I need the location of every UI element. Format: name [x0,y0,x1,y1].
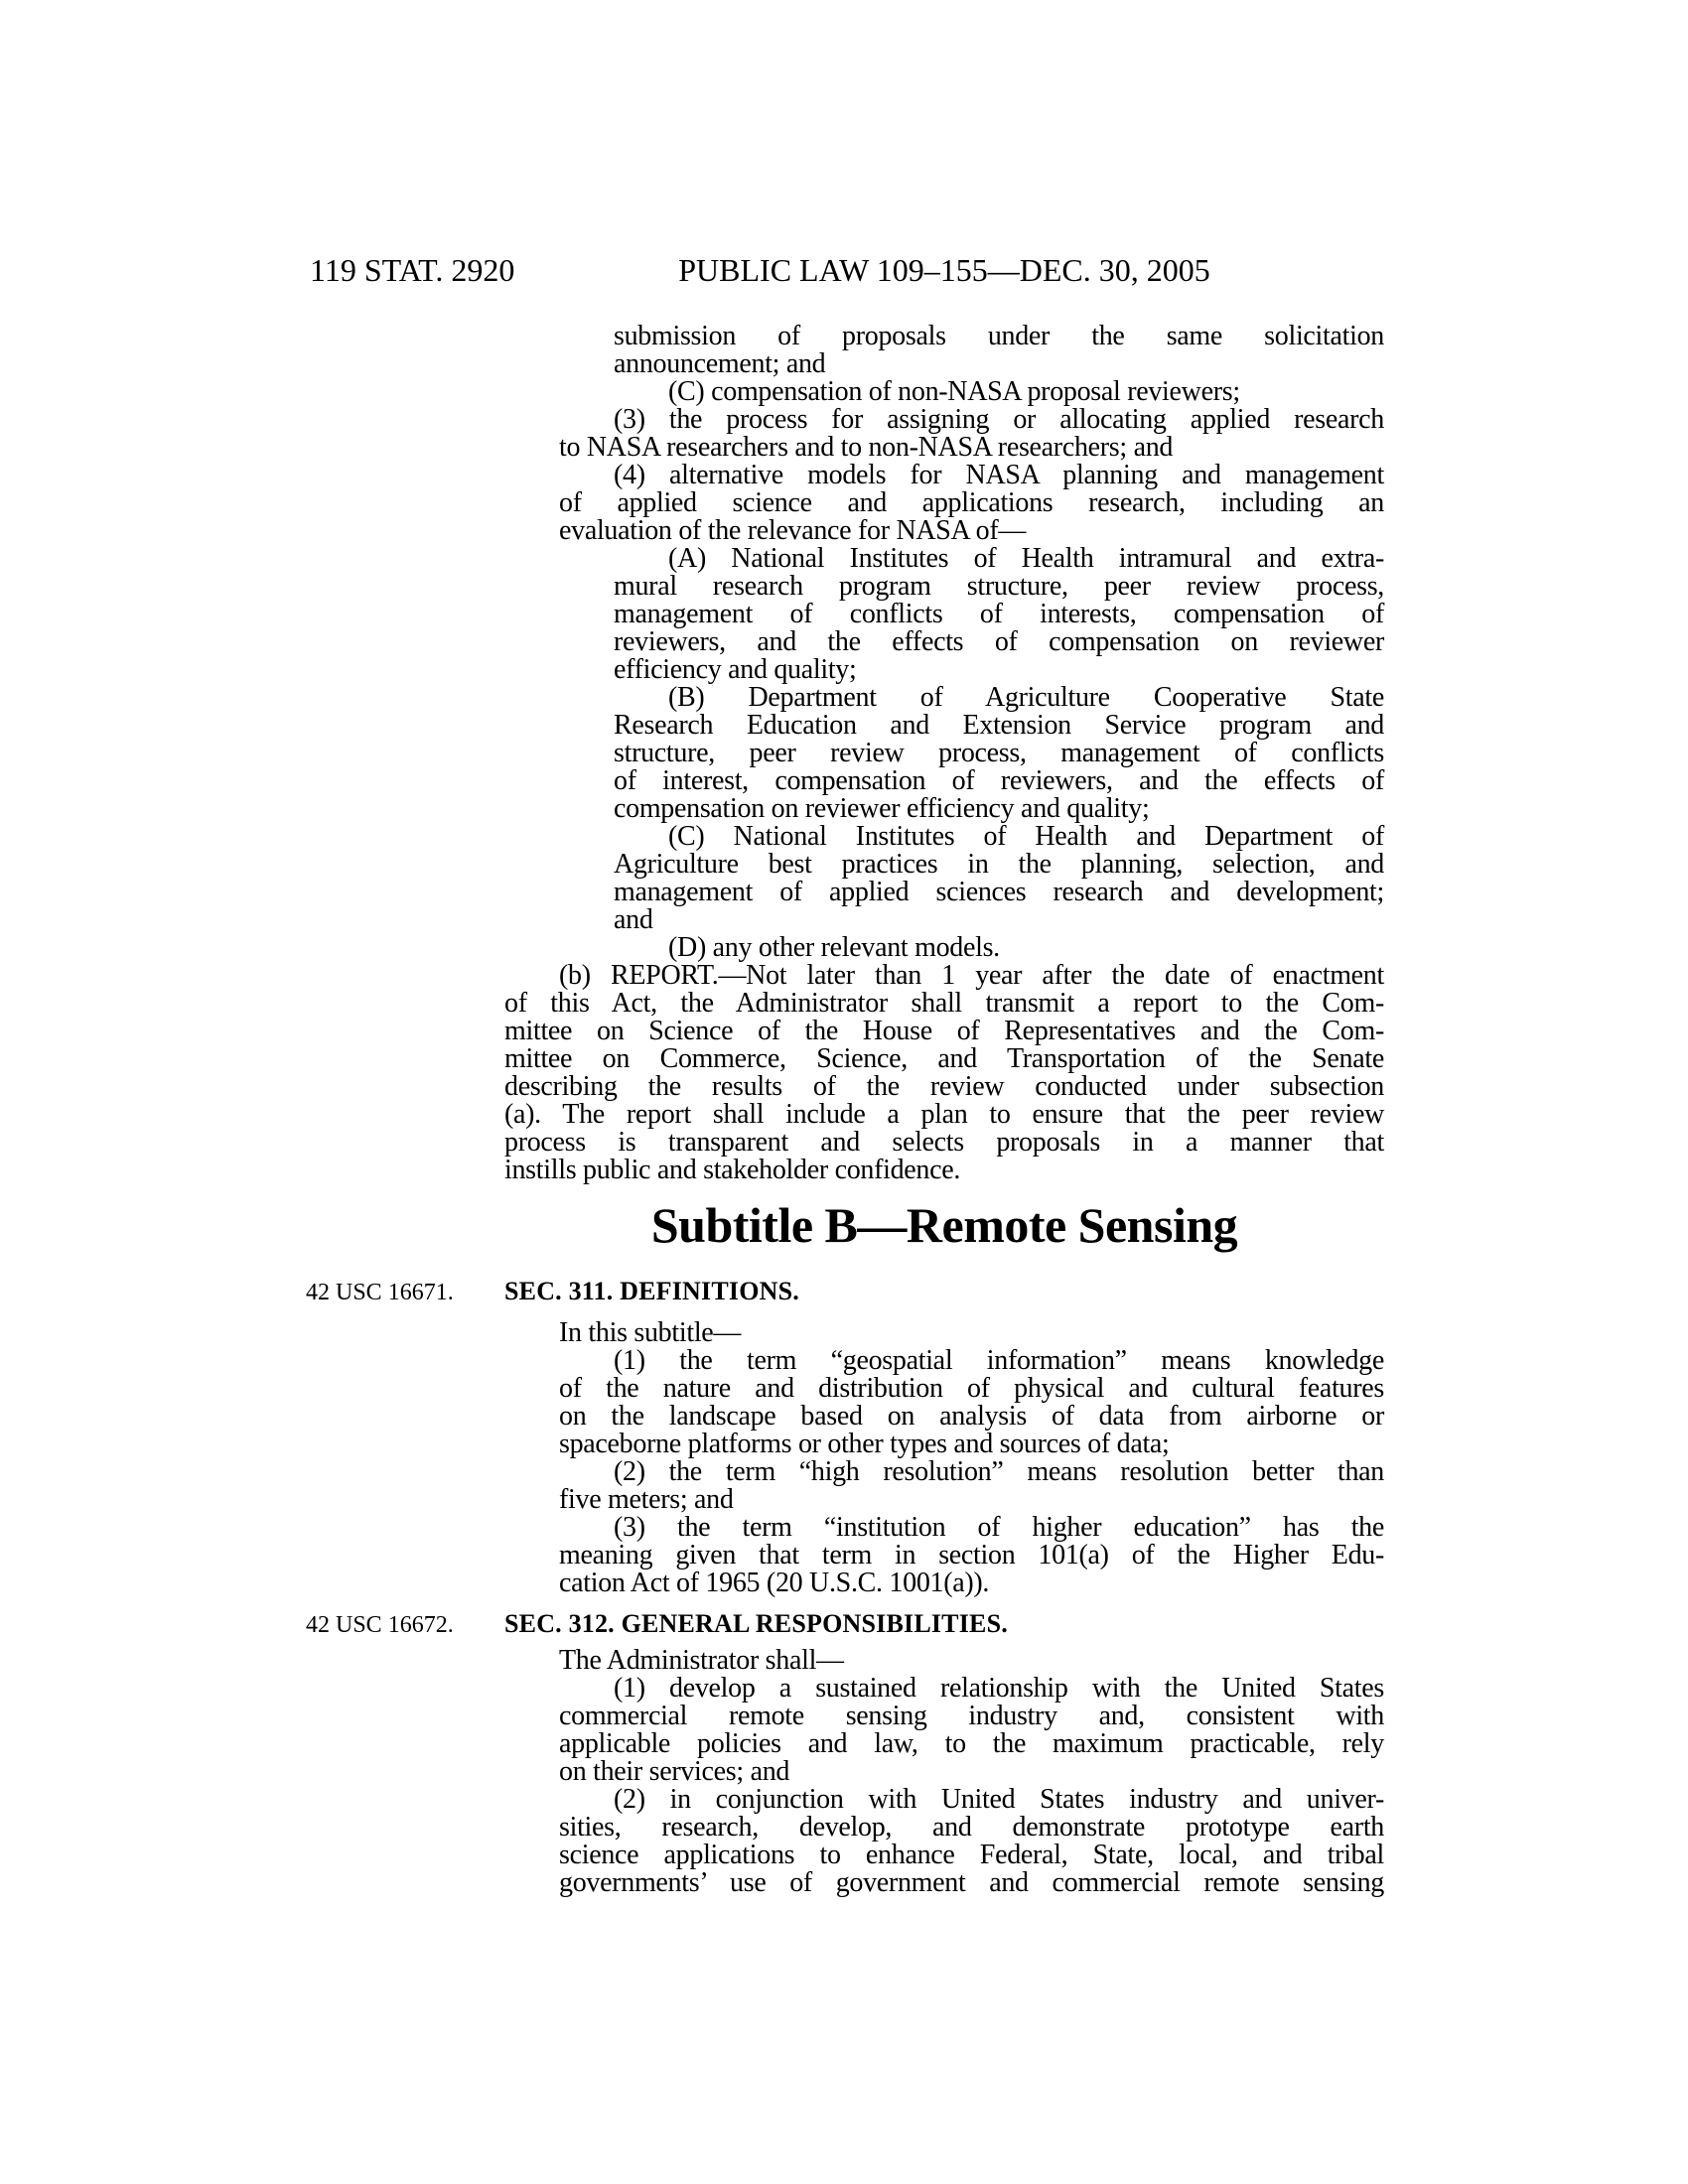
section-heading-row: 42 USC 16672.SEC. 312. GENERAL RESPONSIB… [504,1610,1384,1638]
text-line: (3) the process for assigning or allocat… [504,406,1384,434]
us-code-margin-note: 42 USC 16671. [306,1281,454,1304]
text-line: instills public and stakeholder confiden… [504,1157,1384,1184]
text-line: (B) Department of Agriculture Cooperativ… [504,684,1384,712]
text-line: (2) in conjunction with United States in… [504,1786,1384,1814]
paragraph: (A) National Institutes of Health intram… [504,545,1384,684]
text-line: evaluation of the relevance for NASA of— [504,517,1384,545]
text-line: applicable policies and law, to the maxi… [504,1730,1384,1758]
paragraph: The Administrator shall— [504,1647,1384,1675]
text-line: cation Act of 1965 (20 U.S.C. 1001(a)). [504,1570,1384,1597]
text-line: (A) National Institutes of Health intram… [504,545,1384,573]
text-line: (D) any other relevant models. [504,934,1384,962]
text-line: management of conflicts of interests, co… [504,601,1384,628]
text-line: mural research program structure, peer r… [504,573,1384,601]
text-line: (1) the term “geospatial information” me… [504,1347,1384,1375]
text-line: efficiency and quality; [504,656,1384,684]
paragraph: (C) National Institutes of Health and De… [504,823,1384,934]
text-line: (3) the term “institution of higher educ… [504,1514,1384,1542]
text-line: of this Act, the Administrator shall tra… [504,990,1384,1018]
text-line: and [504,906,1384,934]
page-number-stat: 119 STAT. 2920 [310,254,514,286]
paragraph: (b) REPORT.—Not later than 1 year after … [504,962,1384,1184]
paragraph: submission of proposals under the same s… [504,323,1384,378]
subtitle-heading: Subtitle B—Remote Sensing [504,1200,1384,1250]
paragraph: (B) Department of Agriculture Cooperativ… [504,684,1384,823]
text-line: (1) develop a sustained relationship wit… [504,1675,1384,1703]
paragraph: (3) the process for assigning or allocat… [504,406,1384,462]
section-heading: SEC. 312. GENERAL RESPONSIBILITIES. [504,1609,1008,1638]
text-line: on their services; and [504,1758,1384,1786]
text-line: The Administrator shall— [504,1647,1384,1675]
text-line: announcement; and [504,350,1384,378]
statute-page: 119 STAT. 2920 PUBLIC LAW 109–155—DEC. 3… [0,0,1688,2184]
text-line: of the nature and distribution of physic… [504,1375,1384,1403]
text-line: sities, research, develop, and demonstra… [504,1814,1384,1842]
text-line: (b) REPORT.—Not later than 1 year after … [504,962,1384,990]
section-heading: SEC. 311. DEFINITIONS. [504,1277,799,1305]
paragraph: (D) any other relevant models. [504,934,1384,962]
paragraph: (C) compensation of non-NASA proposal re… [504,378,1384,406]
text-line: describing the results of the review con… [504,1073,1384,1101]
text-line: commercial remote sensing industry and, … [504,1703,1384,1730]
text-line: In this subtitle— [504,1319,1384,1347]
text-line: submission of proposals under the same s… [504,323,1384,350]
paragraph: (3) the term “institution of higher educ… [504,1514,1384,1597]
paragraph: (1) the term “geospatial information” me… [504,1347,1384,1458]
paragraph: (4) alternative models for NASA planning… [504,462,1384,545]
text-line: Agriculture best practices in the planni… [504,851,1384,879]
text-line: reviewers, and the effects of compensati… [504,628,1384,656]
text-line: governments’ use of government and comme… [504,1869,1384,1897]
text-line: process is transparent and selects propo… [504,1129,1384,1157]
body-column: submission of proposals under the same s… [504,323,1384,1897]
running-head-law-title: PUBLIC LAW 109–155—DEC. 30, 2005 [504,254,1384,286]
text-line: meaning given that term in section 101(a… [504,1542,1384,1570]
text-line: five meters; and [504,1486,1384,1514]
text-line: structure, peer review process, manageme… [504,740,1384,767]
text-line: (C) compensation of non-NASA proposal re… [504,378,1384,406]
text-line: (a). The report shall include a plan to … [504,1101,1384,1129]
text-line: on the landscape based on analysis of da… [504,1403,1384,1431]
paragraph: (2) in conjunction with United States in… [504,1786,1384,1897]
text-line: spaceborne platforms or other types and … [504,1431,1384,1458]
text-line: (2) the term “high resolution” means res… [504,1458,1384,1486]
text-line: of interest, compensation of reviewers, … [504,767,1384,795]
text-line: mittee on Science of the House of Repres… [504,1018,1384,1045]
paragraph: (1) develop a sustained relationship wit… [504,1675,1384,1786]
text-line: to NASA researchers and to non-NASA rese… [504,434,1384,462]
text-line: (C) National Institutes of Health and De… [504,823,1384,851]
text-line: Research Education and Extension Service… [504,712,1384,740]
text-line: of applied science and applications rese… [504,489,1384,517]
section-heading-row: 42 USC 16671.SEC. 311. DEFINITIONS. [504,1278,1384,1305]
paragraph: (2) the term “high resolution” means res… [504,1458,1384,1514]
text-line: mittee on Commerce, Science, and Transpo… [504,1045,1384,1073]
text-line: management of applied sciences research … [504,879,1384,906]
paragraph: In this subtitle— [504,1319,1384,1347]
text-line: compensation on reviewer efficiency and … [504,795,1384,823]
text-line: science applications to enhance Federal,… [504,1842,1384,1869]
text-line: (4) alternative models for NASA planning… [504,462,1384,489]
us-code-margin-note: 42 USC 16672. [306,1613,454,1637]
